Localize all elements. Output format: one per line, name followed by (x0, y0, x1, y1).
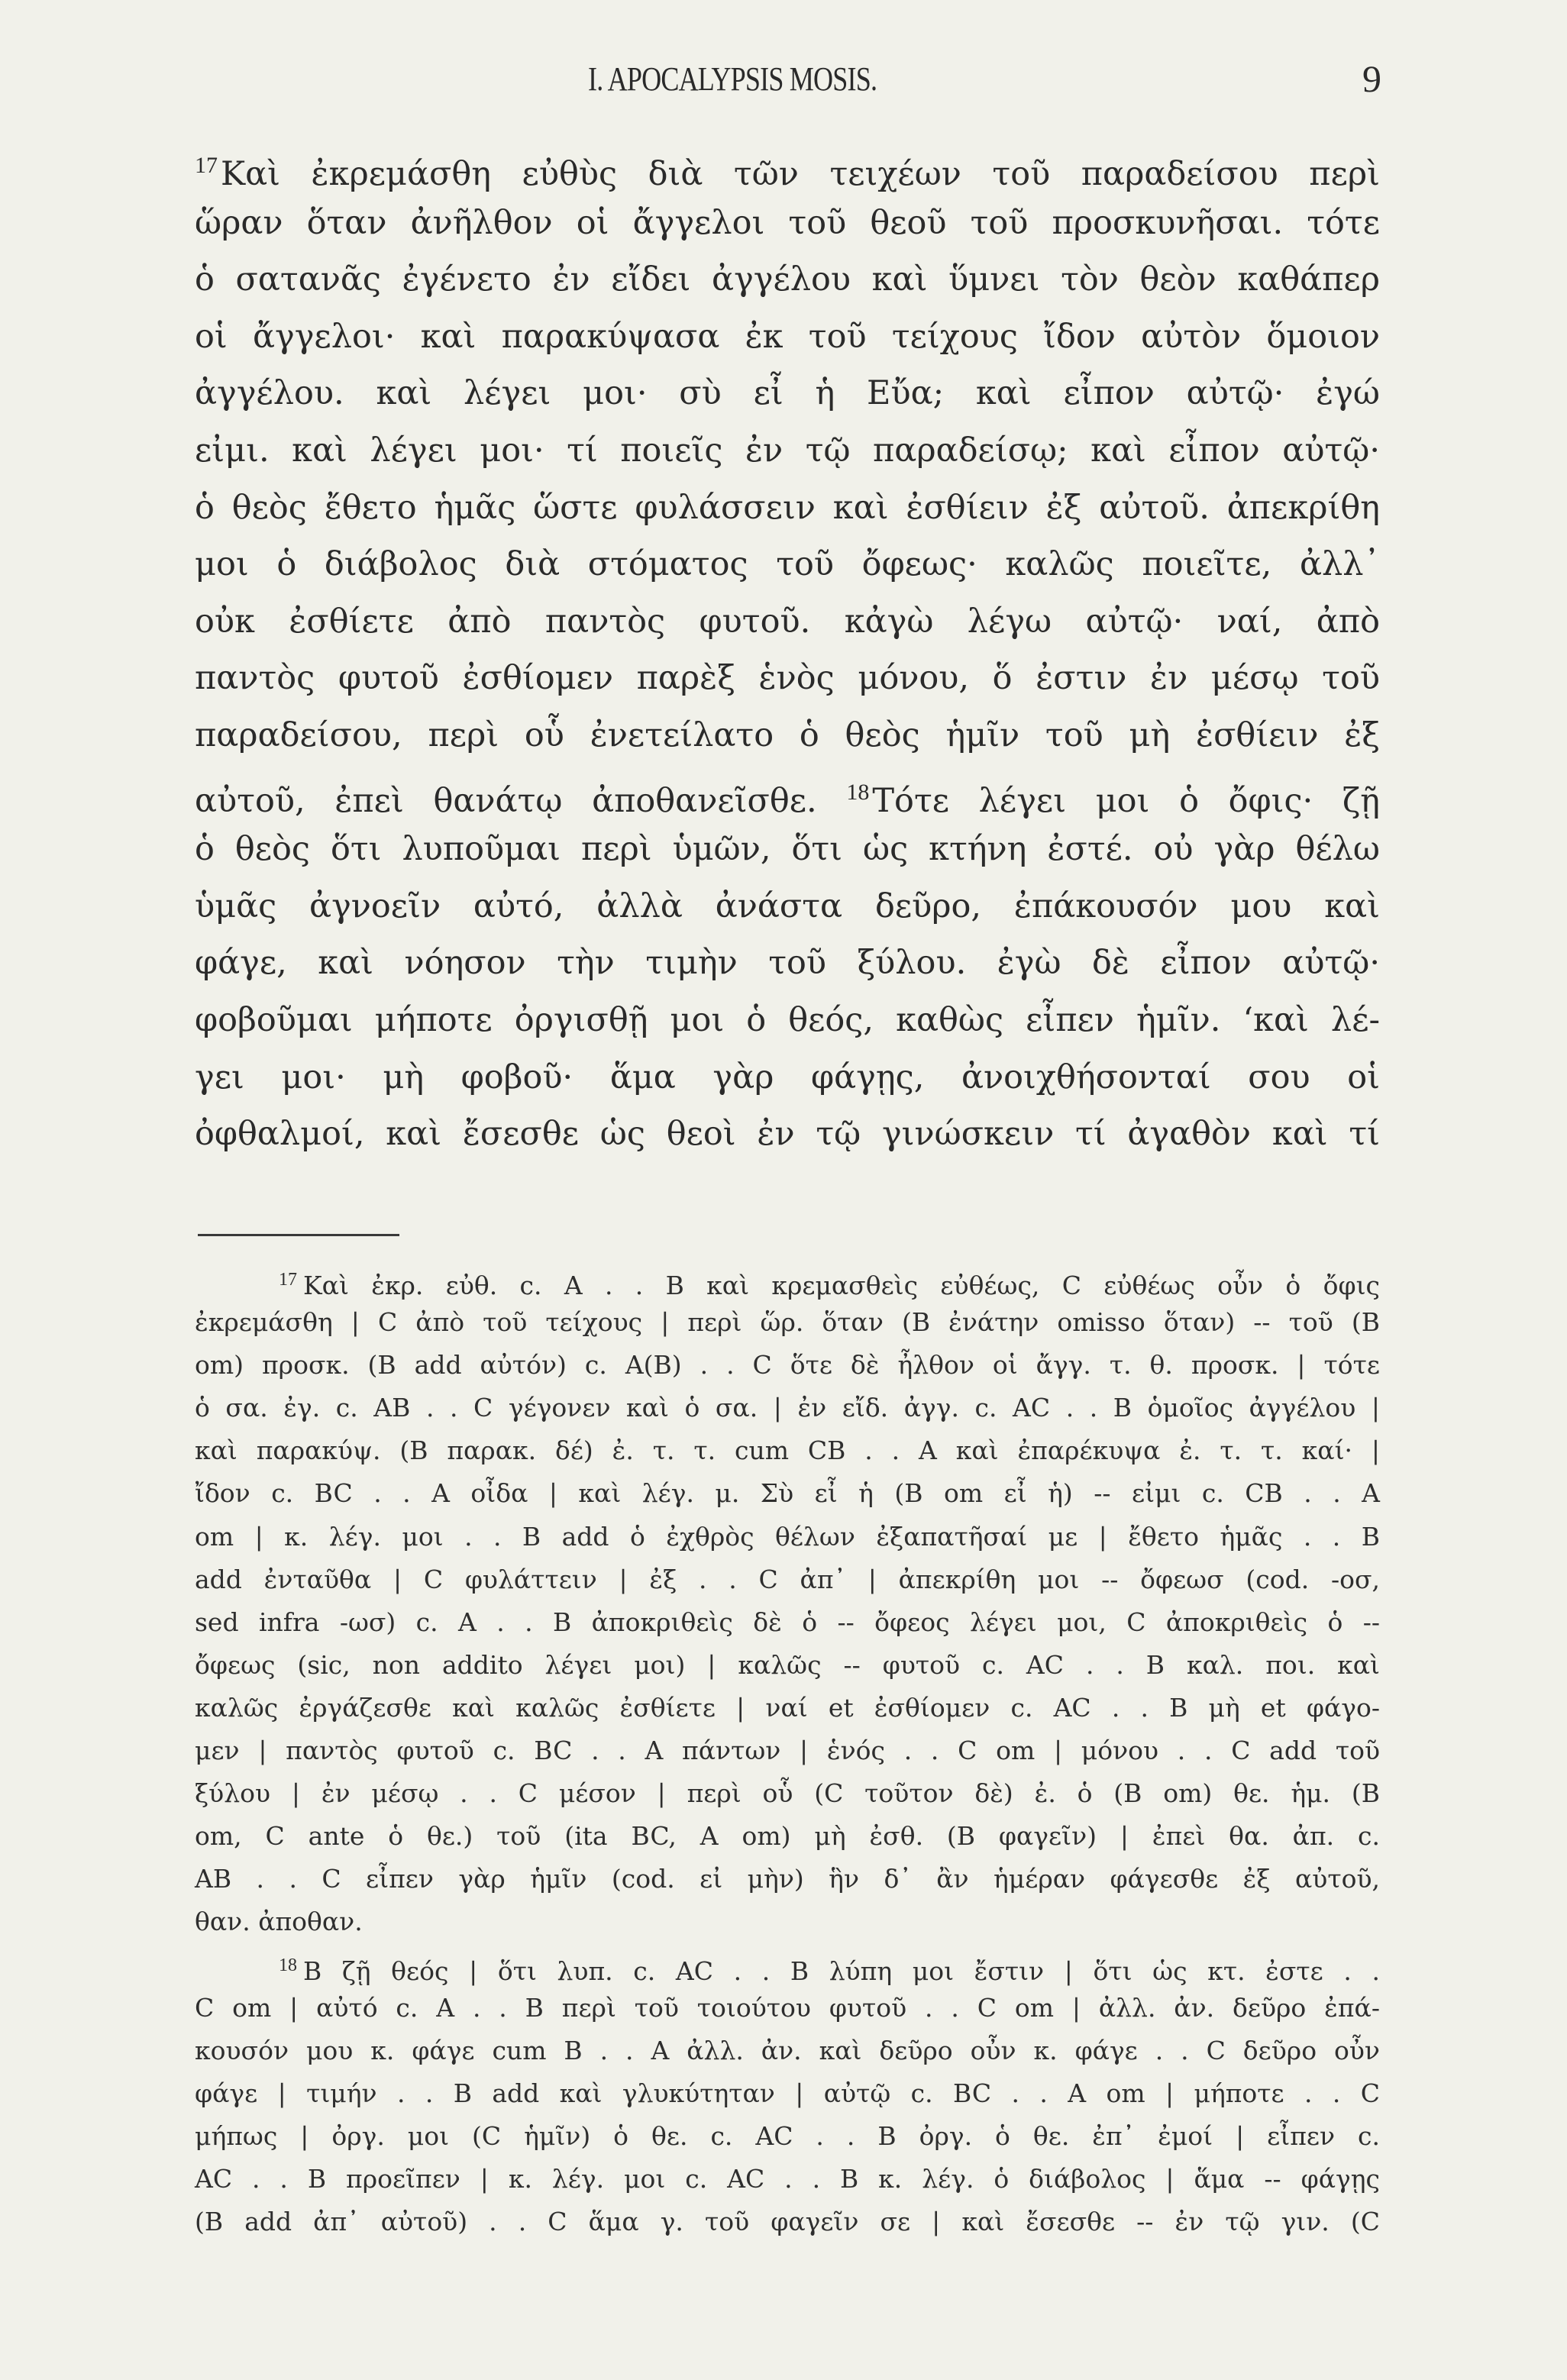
footnote-text: Καὶ ἐκρ. εὐθ. c. A . . B καὶ κρεμασθεὶς … (303, 1271, 1380, 1300)
line-text: Τότε λέγει μοι ὁ ὄφις· ζῇ (872, 782, 1380, 820)
text-line: αὐτοῦ, ἐπεὶ θανάτῳ ἀποθανεῖσθε. 18Τότε λ… (195, 764, 1380, 822)
line-text: οὐκ ἐσθίετε ἀπὸ παντὸς φυτοῦ. κἀγὼ λέγω … (195, 593, 1380, 651)
line-text: ὀφθαλμοί, καὶ ἔσεσθε ὡς θεοὶ ἐν τῷ γινώσ… (195, 1106, 1380, 1163)
footnote-number: 17 (279, 1270, 297, 1290)
footnote-text: B ζῇ θεός | ὅτι λυπ. c. AC . . B λύπη μο… (303, 1956, 1380, 1986)
footnote-line: ξύλου | ἐν μέσῳ . . C μέσον | περὶ οὗ (C… (195, 1772, 1380, 1815)
footnote-text: ὁ σα. ἐγ. c. AB . . C γέγονεν καὶ ὁ σα. … (195, 1387, 1380, 1429)
footnote-line: AB . . C εἶπεν γὰρ ἡμῖν (cod. εἰ μὴν) ἣν… (195, 1858, 1380, 1900)
line-text: εἰμι. καὶ λέγει μοι· τί ποιεῖς ἐν τῷ παρ… (195, 422, 1380, 480)
footnote-line: φάγε | τιμήν . . B add καὶ γλυκύτηταν | … (195, 2072, 1380, 2115)
footnote-text: καλῶς ἐργάζεσθε καὶ καλῶς ἐσθίετε | ναί … (195, 1687, 1380, 1729)
footnote-line: sed infra -ωσ) c. A . . B ἀποκριθεὶς δὲ … (195, 1601, 1380, 1644)
footnote-text: (B add ἀπ᾽ αὐτοῦ) . . C ἅμα γ. τοῦ φαγεῖ… (195, 2201, 1380, 2243)
footnote-line: om | κ. λέγ. μοι . . B add ὁ ἐχθρὸς θέλω… (195, 1516, 1380, 1558)
footnote-line: καὶ παρακύψ. (B παρακ. δέ) ἐ. τ. τ. cum … (195, 1429, 1380, 1472)
line-text: γει μοι· μὴ φοβοῦ· ἅμα γὰρ φάγῃς, ἀνοιχθ… (195, 1049, 1380, 1106)
footnote-text: ξύλου | ἐν μέσῳ . . C μέσον | περὶ οὗ (C… (195, 1772, 1380, 1815)
critical-apparatus: 17Καὶ ἐκρ. εὐθ. c. A . . B καὶ κρεμασθεὶ… (195, 1258, 1380, 2243)
footnote-line: C om | αὐτό c. A . . B περὶ τοῦ τοιούτου… (195, 1987, 1380, 2030)
footnote-text: κουσόν μου κ. φάγε cum B . . A ἀλλ. ἀν. … (195, 2030, 1380, 2072)
footnote-text: μήπως | ὀργ. μοι (C ἡμῖν) ὁ θε. c. AC . … (195, 2115, 1380, 2158)
line-text: μοι ὁ διάβολος διὰ στόματος τοῦ ὄφεως· κ… (195, 536, 1380, 593)
footnote-text: om) προσκ. (B add αὐτόν) c. A(B) . . C ὅ… (195, 1344, 1380, 1387)
text-line: ὁ σατανᾶς ἐγένετο ἐν εἴδει ἀγγέλου καὶ ὕ… (195, 251, 1380, 308)
footnote-text: om | κ. λέγ. μοι . . B add ὁ ἐχθρὸς θέλω… (195, 1516, 1380, 1558)
line-text: ἀγγέλου. καὶ λέγει μοι· σὺ εἶ ἡ Εὔα; καὶ… (195, 365, 1380, 422)
scanned-book-page: I. APOCALYPSIS MOSIS. 9 17Καὶ ἐκρεμάσθη … (0, 0, 1567, 2380)
text-line: ἀγγέλου. καὶ λέγει μοι· σὺ εἶ ἡ Εὔα; καὶ… (195, 365, 1380, 422)
footnote-line: μήπως | ὀργ. μοι (C ἡμῖν) ὁ θε. c. AC . … (195, 2115, 1380, 2158)
text-line: γει μοι· μὴ φοβοῦ· ἅμα γὰρ φάγῃς, ἀνοιχθ… (195, 1049, 1380, 1106)
running-title: I. APOCALYPSIS MOSIS. (588, 60, 877, 98)
text-line: εἰμι. καὶ λέγει μοι· τί ποιεῖς ἐν τῷ παρ… (195, 422, 1380, 480)
footnote-line: κουσόν μου κ. φάγε cum B . . A ἀλλ. ἀν. … (195, 2030, 1380, 2072)
footnote-line: ὁ σα. ἐγ. c. AB . . C γέγονεν καὶ ὁ σα. … (195, 1387, 1380, 1429)
footnote-text: om, C ante ὁ θε.) τοῦ (ita BC, A om) μὴ … (195, 1815, 1380, 1858)
footnote-line: καλῶς ἐργάζεσθε καὶ καλῶς ἐσθίετε | ναί … (195, 1687, 1380, 1729)
footnote-text: φάγε | τιμήν . . B add καὶ γλυκύτηταν | … (195, 2072, 1380, 2115)
footnote-text: θαν. ἀποθαν. (195, 1900, 1380, 1943)
footnote-line: ὄφεως (sic, non addito λέγει μοι) | καλῶ… (195, 1644, 1380, 1687)
verse-number: 18 (846, 780, 869, 805)
text-line: ὑμᾶς ἀγνοεῖν αὐτό, ἀλλὰ ἀνάστα δεῦρο, ἐπ… (195, 878, 1380, 935)
footnote-line: AC . . B προεῖπεν | κ. λέγ. μοι c. AC . … (195, 2158, 1380, 2201)
text-line: 17Καὶ ἐκρεμάσθη εὐθὺς διὰ τῶν τειχέων το… (195, 137, 1380, 195)
line-text: παντὸς φυτοῦ ἐσθίομεν παρὲξ ἑνὸς μόνου, … (195, 650, 1380, 707)
text-line: οὐκ ἐσθίετε ἀπὸ παντὸς φυτοῦ. κἀγὼ λέγω … (195, 593, 1380, 651)
footnote-text: ἴδον c. BC . . A οἶδα | καὶ λέγ. μ. Σὺ ε… (195, 1472, 1380, 1515)
line-text: αὐτοῦ, ἐπεὶ θανάτῳ ἀποθανεῖσθε. (195, 782, 817, 820)
footnote-line: 18B ζῇ θεός | ὅτι λυπ. c. AC . . B λύπη … (195, 1944, 1380, 1987)
footnote-text: C om | αὐτό c. A . . B περὶ τοῦ τοιούτου… (195, 1987, 1380, 2030)
text-line: ὥραν ὅταν ἀνῆλθον οἱ ἄγγελοι τοῦ θεοῦ το… (195, 195, 1380, 252)
footnote-text: μεν | παντὸς φυτοῦ c. BC . . A πάντων | … (195, 1729, 1380, 1772)
text-line: φάγε, καὶ νόησον τὴν τιμὴν τοῦ ξύλου. ἐγ… (195, 935, 1380, 992)
footnote-text: sed infra -ωσ) c. A . . B ἀποκριθεὶς δὲ … (195, 1601, 1380, 1644)
footnote-separator-rule (198, 1234, 399, 1236)
footnote-line: μεν | παντὸς φυτοῦ c. BC . . A πάντων | … (195, 1729, 1380, 1772)
line-text: παραδείσου, περὶ οὗ ἐνετείλατο ὁ θεὸς ἡμ… (195, 707, 1380, 764)
line-text: οἱ ἄγγελοι· καὶ παρακύψασα ἐκ τοῦ τείχου… (195, 308, 1380, 366)
line-text: ὁ σατανᾶς ἐγένετο ἐν εἴδει ἀγγέλου καὶ ὕ… (195, 251, 1380, 308)
line-text: φάγε, καὶ νόησον τὴν τιμὴν τοῦ ξύλου. ἐγ… (195, 935, 1380, 992)
footnote-line: add ἐνταῦθα | C φυλάττειν | ἐξ . . C ἀπ᾽… (195, 1558, 1380, 1601)
footnote-text: AB . . C εἶπεν γὰρ ἡμῖν (cod. εἰ μὴν) ἣν… (195, 1858, 1380, 1900)
footnote-line: 17Καὶ ἐκρ. εὐθ. c. A . . B καὶ κρεμασθεὶ… (195, 1258, 1380, 1301)
line-text: ὁ θεὸς ὅτι λυποῦμαι περὶ ὑμῶν, ὅτι ὡς κτ… (195, 821, 1380, 878)
footnote-line: (B add ἀπ᾽ αὐτοῦ) . . C ἅμα γ. τοῦ φαγεῖ… (195, 2201, 1380, 2243)
footnote-line: θαν. ἀποθαν. (195, 1900, 1380, 1943)
text-line: παραδείσου, περὶ οὗ ἐνετείλατο ὁ θεὸς ἡμ… (195, 707, 1380, 764)
text-line: ὁ θεὸς ὅτι λυποῦμαι περὶ ὑμῶν, ὅτι ὡς κτ… (195, 821, 1380, 878)
footnote-line: ἴδον c. BC . . A οἶδα | καὶ λέγ. μ. Σὺ ε… (195, 1472, 1380, 1515)
line-text: ὥραν ὅταν ἀνῆλθον οἱ ἄγγελοι τοῦ θεοῦ το… (195, 195, 1380, 252)
text-line: παντὸς φυτοῦ ἐσθίομεν παρὲξ ἑνὸς μόνου, … (195, 650, 1380, 707)
footnote-line: om, C ante ὁ θε.) τοῦ (ita BC, A om) μὴ … (195, 1815, 1380, 1858)
footnote-text: καὶ παρακύψ. (B παρακ. δέ) ἐ. τ. τ. cum … (195, 1429, 1380, 1472)
footnote-number: 18 (279, 1955, 297, 1975)
footnote-text: ἐκρεμάσθη | C ἀπὸ τοῦ τείχους | περὶ ὥρ.… (195, 1301, 1380, 1344)
footnote-text: ὄφεως (sic, non addito λέγει μοι) | καλῶ… (195, 1644, 1380, 1687)
line-text: ὁ θεὸς ἔθετο ἡμᾶς ὥστε φυλάσσειν καὶ ἐσθ… (195, 480, 1380, 537)
footnote-line: ἐκρεμάσθη | C ἀπὸ τοῦ τείχους | περὶ ὥρ.… (195, 1301, 1380, 1344)
line-text: φοβοῦμαι μήποτε ὀργισθῇ μοι ὁ θεός, καθὼ… (195, 992, 1380, 1049)
verse-number: 17 (195, 153, 218, 178)
text-line: ὁ θεὸς ἔθετο ἡμᾶς ὥστε φυλάσσειν καὶ ἐσθ… (195, 480, 1380, 537)
text-line: οἱ ἄγγελοι· καὶ παρακύψασα ἐκ τοῦ τείχου… (195, 308, 1380, 366)
footnote-line: om) προσκ. (B add αὐτόν) c. A(B) . . C ὅ… (195, 1344, 1380, 1387)
text-line: φοβοῦμαι μήποτε ὀργισθῇ μοι ὁ θεός, καθὼ… (195, 992, 1380, 1049)
main-text: 17Καὶ ἐκρεμάσθη εὐθὺς διὰ τῶν τειχέων το… (195, 137, 1380, 1163)
line-text: ὑμᾶς ἀγνοεῖν αὐτό, ἀλλὰ ἀνάστα δεῦρο, ἐπ… (195, 878, 1380, 935)
line-text: Καὶ ἐκρεμάσθη εὐθὺς διὰ τῶν τειχέων τοῦ … (221, 155, 1380, 193)
page-number: 9 (1362, 57, 1381, 101)
footnote-text: AC . . B προεῖπεν | κ. λέγ. μοι c. AC . … (195, 2158, 1380, 2201)
text-line: ὀφθαλμοί, καὶ ἔσεσθε ὡς θεοὶ ἐν τῷ γινώσ… (195, 1106, 1380, 1163)
text-line: μοι ὁ διάβολος διὰ στόματος τοῦ ὄφεως· κ… (195, 536, 1380, 593)
footnote-text: add ἐνταῦθα | C φυλάττειν | ἐξ . . C ἀπ᾽… (195, 1558, 1380, 1601)
